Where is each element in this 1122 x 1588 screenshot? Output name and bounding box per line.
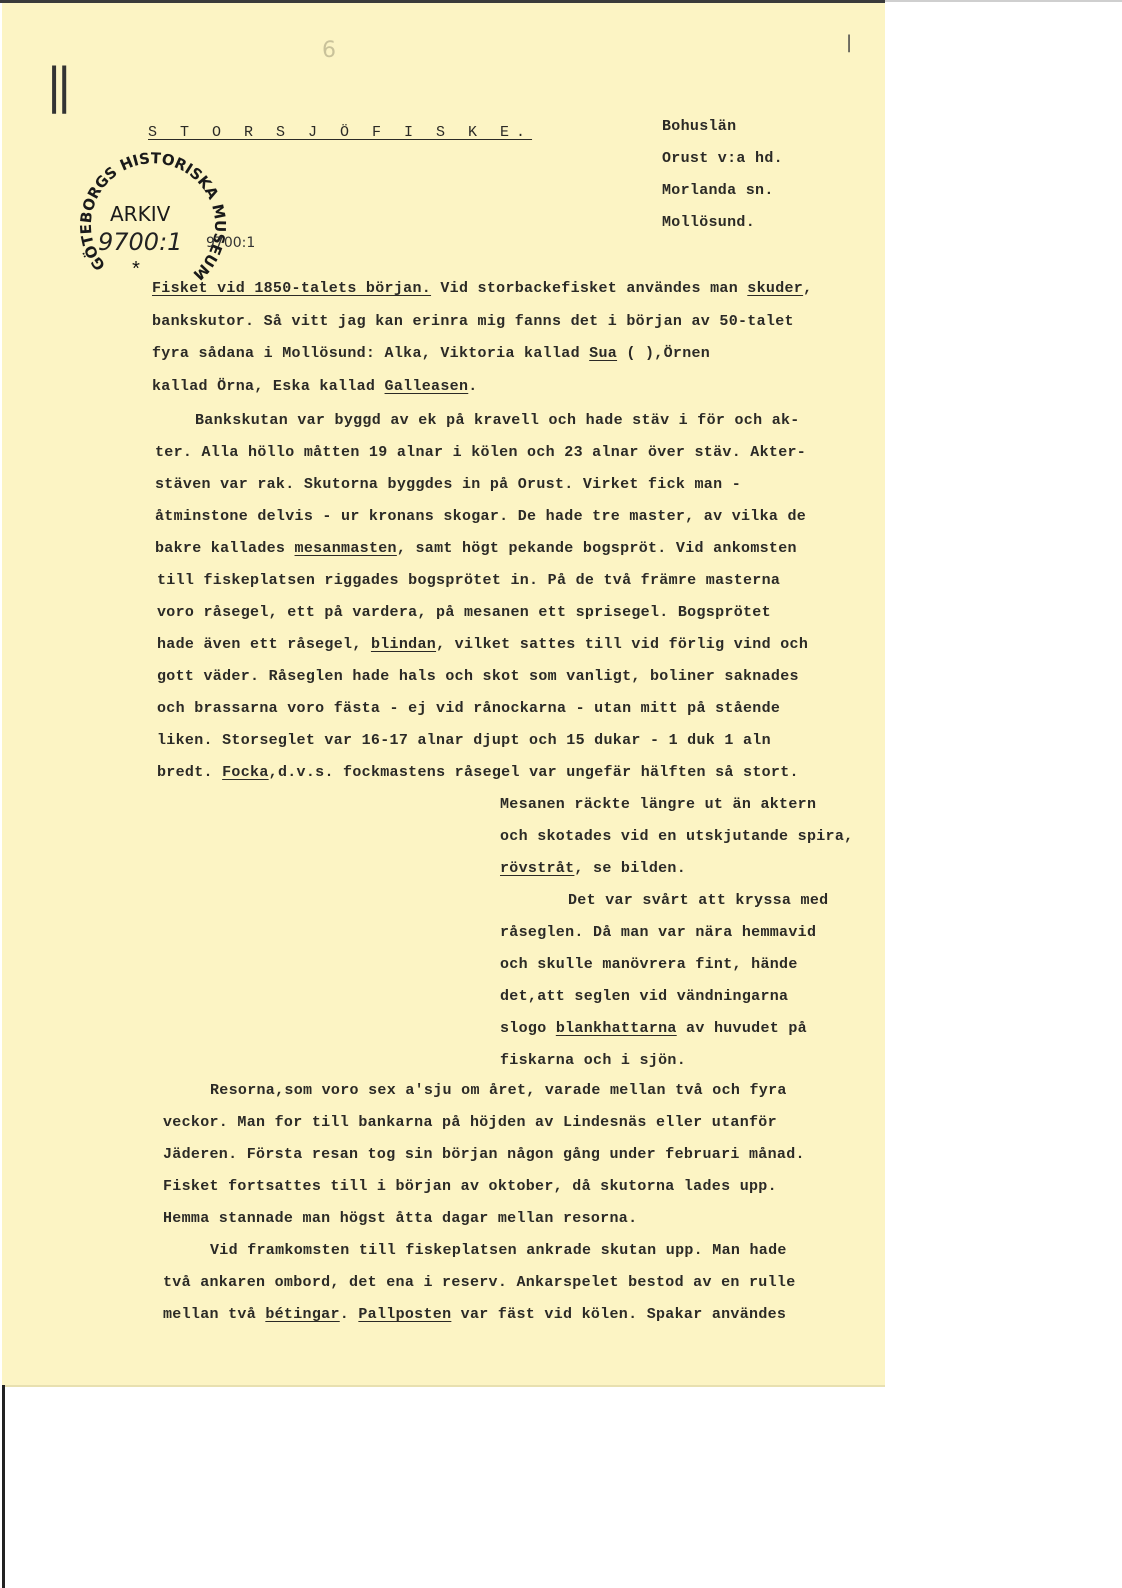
text-line: mellan två bétingar. Pallposten var fäst… [163,1306,786,1323]
text-line: kallad Örna, Eska kallad Galleasen. [152,378,478,395]
text-line: och skulle manövrera fint, hände [500,956,798,973]
underlined-term: blindan [371,636,436,653]
text-line: råseglen. Då man var nära hemmavid [500,924,816,941]
location-parish: Morlanda sn. [662,182,774,199]
text-line: åtminstone delvis - ur kronans skogar. D… [155,508,806,525]
stamp-number-annotation: 9700:1 [206,235,255,251]
text-line: ter. Alla höllo måtten 19 alnar i kölen … [155,444,806,461]
underlined-term: blankhattarna [556,1020,677,1037]
text-line: Bankskutan var byggd av ek på kravell oc… [195,412,800,429]
text-line: bankskutor. Så vitt jag kan erinra mig f… [152,313,794,330]
text-line: det,att seglen vid vändningarna [500,988,788,1005]
underlined-term: Pallposten [358,1306,451,1323]
underlined-term: mesanmasten [295,540,397,557]
underlined-term: rövstråt [500,860,574,877]
text-line: fyra sådana i Mollösund: Alka, Viktoria … [152,345,710,362]
stamp-archive-number: 9700:1 [98,228,182,256]
text-line: hade även ett råsegel, blindan, vilket s… [157,636,808,653]
location-district: Orust v:a hd. [662,150,783,167]
text-line: och brassarna voro fästa - ej vid rånock… [157,700,780,717]
text-line: två ankaren ombord, det ena i reserv. An… [163,1274,796,1291]
document-title: S T O R S J Ö F I S K E. [148,124,532,141]
text-line: voro råsegel, ett på vardera, på mesanen… [157,604,771,621]
underlined-term: bétingar [265,1306,339,1323]
stamp-arkiv-label: ARKIV [110,202,170,226]
text-line: till fiskeplatsen riggades bogsprötet in… [157,572,780,589]
stamp-star-icon: * [130,260,142,283]
text-line: Fisket fortsattes till i början av oktob… [163,1178,777,1195]
corner-mark: | [846,32,852,53]
text-line: och skotades vid en utskjutande spira, [500,828,853,845]
text-line: gott väder. Råseglen hade hals och skot … [157,668,799,685]
page-mark: || [46,58,66,114]
text-line: Mesanen räckte längre ut än aktern [500,796,816,813]
underlined-term: Focka [222,764,269,781]
scan-top-edge-gray [885,0,1122,2]
text-line: Det var svårt att kryssa med [568,892,828,909]
text-line: veckor. Man for till bankarna på höjden … [163,1114,777,1131]
text-line: Resorna,som voro sex a'sju om året, vara… [210,1082,787,1099]
text-line: rövstråt, se bilden. [500,860,686,877]
text-line: Vid framkomsten till fiskeplatsen ankrad… [210,1242,787,1259]
underlined-term: Sua [589,345,617,362]
location-village: Mollösund. [662,214,755,231]
location-county: Bohuslän [662,118,736,135]
underlined-term: Fisket vid 1850-talets början. [152,280,431,297]
text-line: bakre kallades mesanmasten, samt högt pe… [155,540,797,557]
text-line: slogo blankhattarna av huvudet på [500,1020,807,1037]
text-line: liken. Storseglet var 16-17 alnar djupt … [157,732,771,749]
underlined-term: skuder [747,280,803,297]
text-line: Jäderen. Första resan tog sin början någ… [163,1146,805,1163]
scan-left-edge [2,1385,5,1588]
pencil-number: 6 [322,38,336,63]
text-line: fiskarna och i sjön. [500,1052,686,1069]
text-line: Hemma stannade man högst åtta dagar mell… [163,1210,637,1227]
text-line: bredt. Focka,d.v.s. fockmastens råsegel … [157,764,799,781]
underlined-term: Galleasen [385,378,469,395]
text-line: Fisket vid 1850-talets början. Vid storb… [152,280,812,297]
text-line: stäven var rak. Skutorna byggdes in på O… [155,476,741,493]
